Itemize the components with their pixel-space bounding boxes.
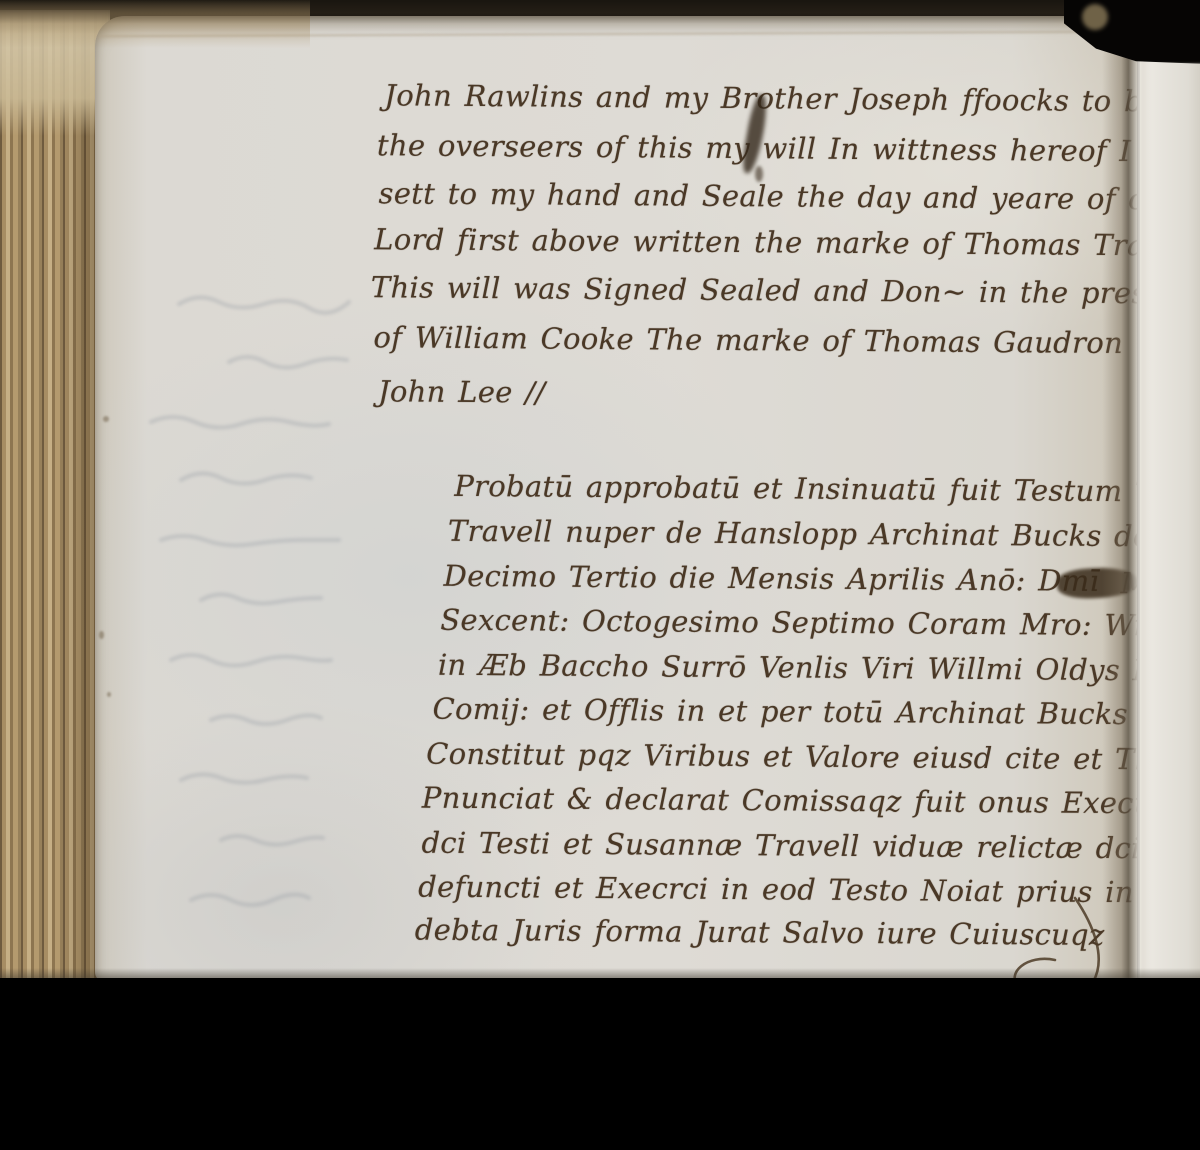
manuscript-line: in Æb Baccho Surrō Venlis Viri Willmi Ol… <box>438 648 1137 688</box>
book-fore-edge-pages <box>0 10 108 984</box>
manuscript-line: sett to my hand and Seale the day and ye… <box>378 176 1137 216</box>
manuscript-line: Decimo Tertio die Mensis Aprilis Anō: Dm… <box>443 559 1099 598</box>
ink-drip <box>755 166 763 182</box>
manuscript-line: dci Testi et Susannæ Travell viduæ relic… <box>421 826 1137 866</box>
manuscript-line: This will was Signed Sealed and Don~ in … <box>371 270 1137 311</box>
manuscript-line: of William Cooke The marke of Thomas Gau… <box>373 320 1123 360</box>
manuscript-photo: John Rawlins and my Brother Joseph ffooc… <box>0 0 1200 1150</box>
handwritten-text: John Rawlins and my Brother Joseph ffooc… <box>95 16 1137 982</box>
manuscript-line: Lord first above written the marke of Th… <box>374 222 1137 262</box>
manuscript-line: Comij: et Offlis in et per totū Archinat… <box>432 692 1137 732</box>
manuscript-line: Sexcent: Octogesimo Septimo Coram Mro: W… <box>440 603 1137 643</box>
book-gutter-shadow <box>1102 10 1150 982</box>
manuscript-line: Probatū approbatū et Insinuatū fuit Test… <box>454 469 1137 509</box>
page-corner-fiber <box>1082 4 1108 30</box>
manuscript-line: Travell nuper de Hanslopp Archinat Bucks… <box>448 514 1137 554</box>
manuscript-line: Pnunciat & declarat Comissaqz fuit onus … <box>422 781 1137 821</box>
book-top-edge <box>0 0 1200 34</box>
manuscript-page: John Rawlins and my Brother Joseph ffooc… <box>95 16 1137 982</box>
background-bottom <box>0 978 1200 1150</box>
manuscript-line: Constitut pqz Viribus et Valore eiusd ci… <box>426 737 1137 777</box>
manuscript-signature-line: John Lee ∕∕ <box>378 374 546 409</box>
page-bottom-shadow <box>0 968 1200 978</box>
